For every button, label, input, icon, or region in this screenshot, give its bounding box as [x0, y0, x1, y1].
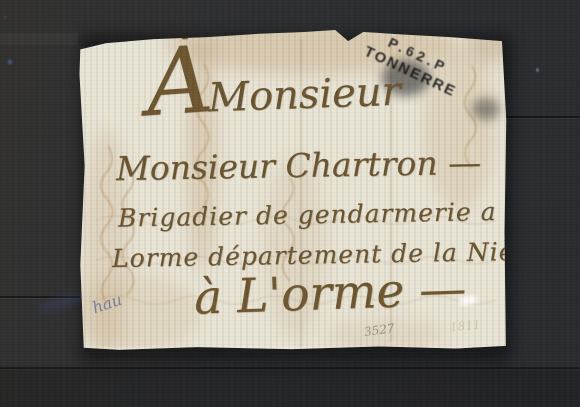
card-band-top-left [0, 33, 78, 45]
address-salutation: À Monsieur [146, 38, 401, 125]
pencil-faint-date: 1811 [449, 318, 481, 335]
photo-of-antique-letter: P.62.P TONNERRE À Monsieur Monsieur Char… [0, 0, 580, 407]
salutation-word: Monsieur [208, 69, 402, 122]
card-seam-right [505, 116, 580, 118]
red-speck [4, 16, 7, 19]
address-line-destination: à L'orme — [193, 261, 467, 325]
salutation-initial: À [143, 36, 215, 128]
postmark-smudge [472, 98, 500, 120]
blue-glint [536, 68, 539, 72]
address-line-recipient: Monsieur Chartron — [116, 143, 482, 188]
blue-glint [8, 60, 12, 64]
card-bottom-strip [0, 369, 580, 407]
letter-cover: P.62.P TONNERRE À Monsieur Monsieur Char… [76, 28, 508, 357]
